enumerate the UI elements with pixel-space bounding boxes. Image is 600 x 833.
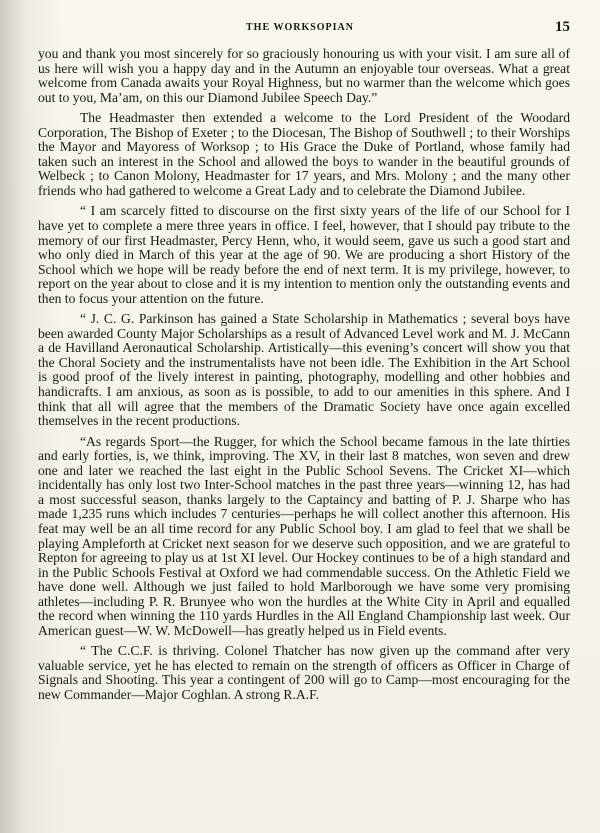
paragraph-sport: “As regards Sport—the Rugger, for which … (38, 435, 570, 639)
journal-title: THE WORKSOPIAN (0, 22, 600, 33)
article-body: you and thank you most sincerely for so … (38, 47, 570, 709)
paragraph-history: “ I am scarcely fitted to discourse on t… (38, 204, 570, 306)
paragraph-speech-closing: you and thank you most sincerely for so … (38, 47, 570, 105)
running-head: THE WORKSOPIAN 15 (0, 22, 600, 38)
paragraph-welcome: The Headmaster then extended a welcome t… (38, 111, 570, 198)
paragraph-scholarships-arts: “ J. C. G. Parkinson has gained a State … (38, 312, 570, 428)
paragraph-ccf: “ The C.C.F. is thriving. Colonel Thatch… (38, 644, 570, 702)
scanned-page: THE WORKSOPIAN 15 you and thank you most… (0, 0, 600, 833)
page-number: 15 (555, 19, 570, 36)
